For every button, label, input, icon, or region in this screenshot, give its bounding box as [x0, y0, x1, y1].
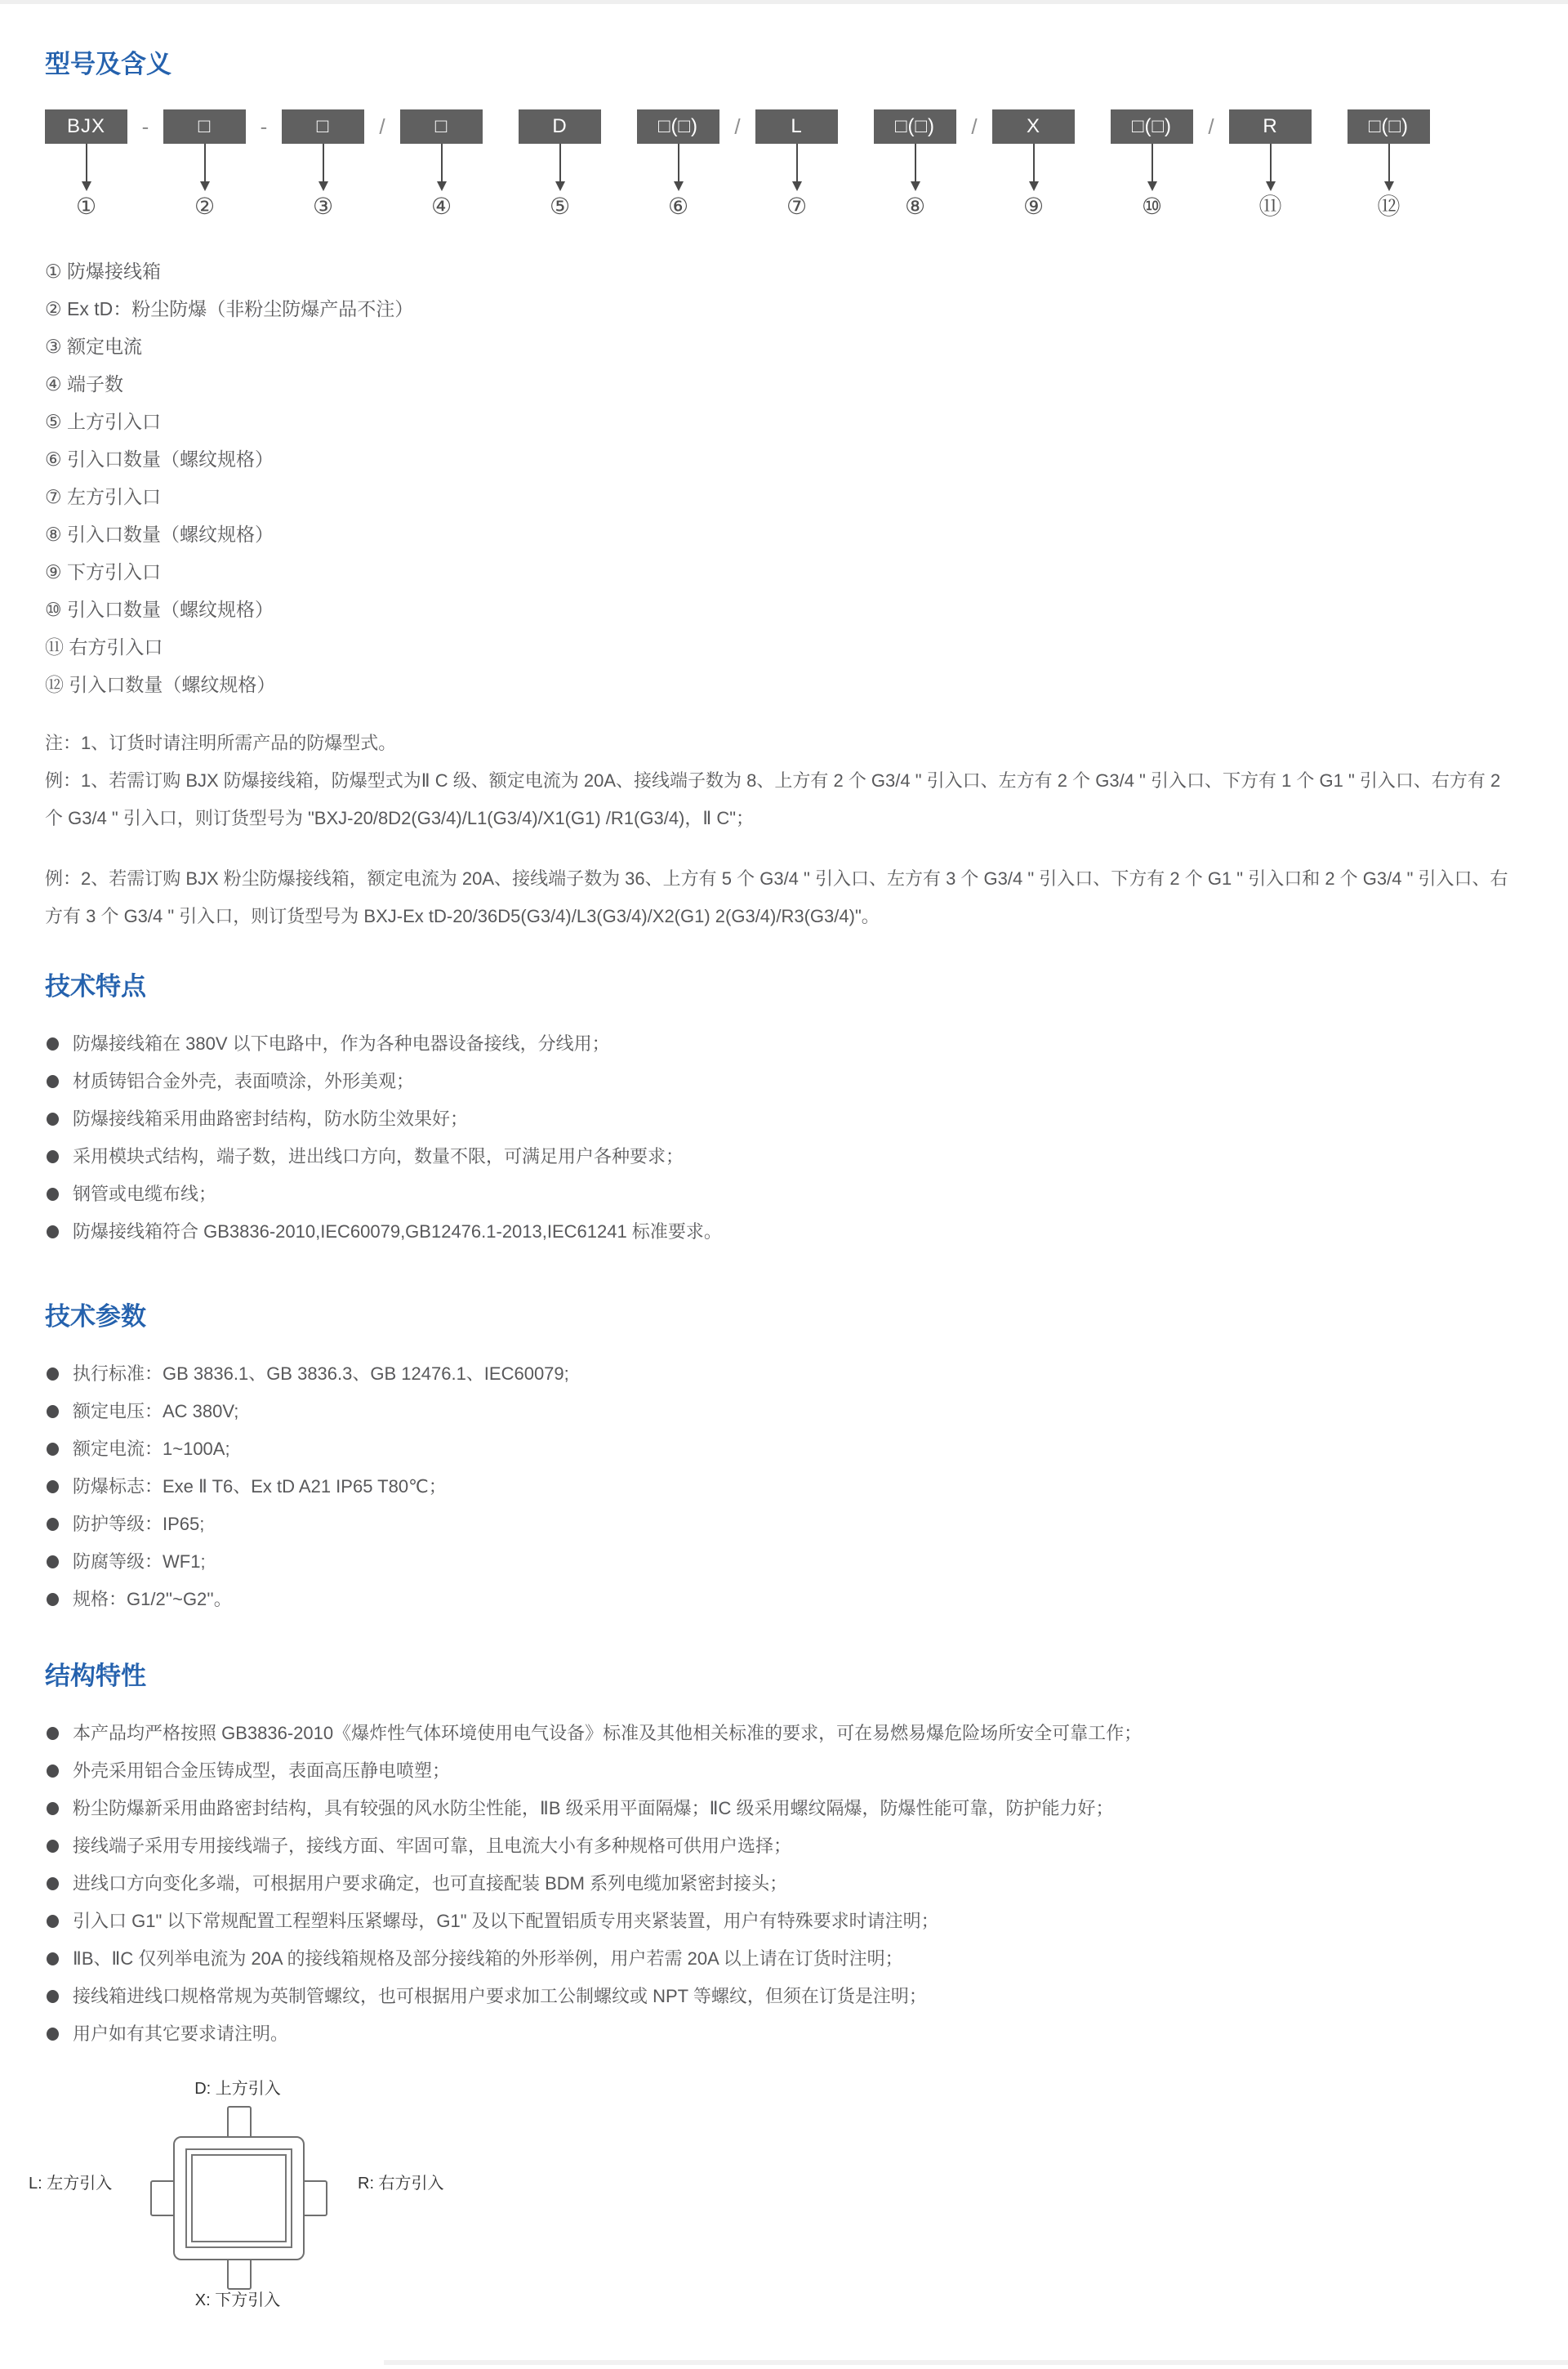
down-arrow-icon: [441, 144, 443, 181]
down-arrow-icon: [86, 144, 87, 181]
legend-item: ① 防爆接线箱: [45, 252, 1523, 290]
feature-item: 防爆接线箱在 380V 以下电路中，作为各种电器设备接线，分线用；: [45, 1025, 1523, 1063]
model-segment-1: BJX ①: [45, 109, 127, 218]
structure-item: 粉尘防爆新采用曲路密封结构，具有较强的风水防尘性能，ⅡB 级采用平面隔爆；ⅡC …: [45, 1790, 1523, 1827]
diagram-label-right-entry: R: 右方引入: [358, 2174, 444, 2193]
down-arrow-icon: [437, 181, 447, 191]
down-arrow-icon: [915, 144, 916, 181]
parameters-list: 执行标准：GB 3836.1、GB 3836.3、GB 12476.1、IEC6…: [45, 1355, 1523, 1618]
model-box-count: □(□): [637, 109, 719, 144]
section-title-features: 技术特点: [45, 971, 1523, 1002]
parameter-item: 额定电压：AC 380V;: [45, 1393, 1523, 1430]
down-arrow-icon: [1388, 144, 1390, 181]
circled-number: ⑪: [1258, 195, 1281, 218]
model-segment-2: □ ②: [163, 109, 246, 218]
model-box-blank: □: [400, 109, 483, 144]
model-separator: /: [956, 109, 992, 144]
entry-direction-diagram: D: 上方引入 L: 左方引入 R: 右方引入 X: 下方引入: [27, 2077, 550, 2327]
parameter-item: 防爆标志：Exe Ⅱ T6、Ex tD A21 IP65 T80℃；: [45, 1468, 1523, 1506]
down-arrow-icon: [1384, 181, 1394, 191]
section-title-model-meaning: 型号及含义: [45, 4, 1523, 80]
model-segment-4: □ ④: [400, 109, 483, 218]
down-arrow-icon: [911, 181, 920, 191]
model-separator: /: [1193, 109, 1229, 144]
parameter-item: 规格：G1/2''~G2''。: [45, 1581, 1523, 1618]
down-arrow-icon: [200, 181, 210, 191]
circled-number: ④: [431, 195, 452, 218]
down-arrow-icon: [1266, 181, 1276, 191]
legend-item: ⑫ 引入口数量（螺纹规格）: [45, 666, 1523, 703]
diagram-label-top-entry: D: 上方引入: [114, 2079, 361, 2099]
features-list: 防爆接线箱在 380V 以下电路中，作为各种电器设备接线，分线用； 材质铸铝合金…: [45, 1025, 1523, 1251]
down-arrow-icon: [678, 144, 679, 181]
legend-item: ⑦ 左方引入口: [45, 478, 1523, 515]
circled-number: ⑧: [905, 195, 925, 218]
model-separator: -: [127, 109, 163, 144]
down-arrow-icon: [555, 181, 565, 191]
legend-item: ⑤ 上方引入口: [45, 403, 1523, 440]
model-box-count: □(□): [1347, 109, 1430, 144]
model-separator: [1312, 109, 1347, 144]
parameter-item: 额定电流：1~100A;: [45, 1430, 1523, 1468]
model-box-blank: □: [282, 109, 364, 144]
model-segment-8: □(□) ⑧: [874, 109, 956, 218]
model-box-count: □(□): [1111, 109, 1193, 144]
down-arrow-icon: [796, 144, 798, 181]
down-arrow-icon: [82, 181, 91, 191]
structure-item: ⅡB、ⅡC 仅列举电流为 20A 的接线箱规格及部分接线箱的外形举例，用户若需 …: [45, 1940, 1523, 1978]
model-segment-10: □(□) ⑩: [1111, 109, 1193, 218]
model-box-d: D: [519, 109, 601, 144]
down-arrow-icon: [323, 144, 324, 181]
model-separator: [601, 109, 637, 144]
model-separator: /: [719, 109, 755, 144]
model-separator: /: [364, 109, 400, 144]
circled-number: ①: [76, 195, 96, 218]
junction-box-lid-inner: [191, 2154, 287, 2242]
structure-item: 外壳采用铝合金压铸成型，表面高压静电喷塑；: [45, 1752, 1523, 1790]
model-number-diagram: BJX ① - □ ② - □ ③ / □ ④: [45, 109, 1523, 218]
structure-item: 接线端子采用专用接线端子，接线方面、牢固可靠，且电流大小有多种规格可供用户选择；: [45, 1827, 1523, 1865]
diagram-label-left-entry: L: 左方引入: [29, 2174, 112, 2193]
down-arrow-icon: [1029, 181, 1039, 191]
model-box-r: R: [1229, 109, 1312, 144]
down-arrow-icon: [674, 181, 684, 191]
structure-item: 进线口方向变化多端，可根据用户要求确定，也可直接配装 BDM 系列电缆加紧密封接…: [45, 1865, 1523, 1903]
model-box-bjx: BJX: [45, 109, 127, 144]
down-arrow-icon: [1033, 144, 1035, 181]
section-title-structure: 结构特性: [45, 1661, 1523, 1692]
legend-item: ③ 额定电流: [45, 328, 1523, 365]
ordering-example-2: 例：2、若需订购 BJX 粉尘防爆接线箱，额定电流为 20A、接线端子数为 36…: [45, 860, 1523, 935]
legend-item: ② Ex tD：粉尘防爆（非粉尘防爆产品不注）: [45, 290, 1523, 328]
model-separator: -: [246, 109, 282, 144]
model-segment-9: X ⑨: [992, 109, 1075, 218]
down-arrow-icon: [1147, 181, 1157, 191]
model-segment-3: □ ③: [282, 109, 364, 218]
page-bottom-edge: [384, 2360, 1568, 2365]
parameter-item: 执行标准：GB 3836.1、GB 3836.3、GB 12476.1、IEC6…: [45, 1355, 1523, 1393]
parameter-item: 防腐等级：WF1;: [45, 1543, 1523, 1581]
structure-item: 本产品均严格按照 GB3836-2010《爆炸性气体环境使用电气设备》标准及其他…: [45, 1715, 1523, 1752]
junction-box-lid-outer: [185, 2148, 292, 2248]
model-box-count: □(□): [874, 109, 956, 144]
legend-item: ⑧ 引入口数量（螺纹规格）: [45, 515, 1523, 553]
circled-number: ⑥: [668, 195, 688, 218]
circled-number: ⑨: [1023, 195, 1044, 218]
circled-number: ⑫: [1377, 195, 1400, 218]
model-separator: [838, 109, 874, 144]
legend-item: ④ 端子数: [45, 365, 1523, 403]
feature-item: 钢管或电缆布线；: [45, 1176, 1523, 1213]
model-segment-5: D ⑤: [519, 109, 601, 218]
circled-number: ③: [313, 195, 333, 218]
page-content: 型号及含义 BJX ① - □ ② - □ ③ / □: [0, 4, 1568, 2327]
structure-item: 引入口 G1" 以下常规配置工程塑料压紧螺母，G1" 及以下配置铝质专用夹紧装置…: [45, 1903, 1523, 1940]
circled-number: ⑤: [550, 195, 570, 218]
feature-item: 防爆接线箱采用曲路密封结构，防水防尘效果好；: [45, 1100, 1523, 1138]
junction-box-body: [173, 2136, 305, 2260]
circled-number: ⑩: [1142, 195, 1162, 218]
down-arrow-icon: [204, 144, 206, 181]
down-arrow-icon: [318, 181, 328, 191]
model-segment-6: □(□) ⑥: [637, 109, 719, 218]
model-separator: [483, 109, 519, 144]
model-segment-12: □(□) ⑫: [1347, 109, 1430, 218]
feature-item: 采用模块式结构，端子数，进出线口方向，数量不限，可满足用户各种要求；: [45, 1138, 1523, 1176]
model-box-l: L: [755, 109, 838, 144]
legend-item: ⑥ 引入口数量（螺纹规格）: [45, 440, 1523, 478]
feature-item: 防爆接线箱符合 GB3836-2010,IEC60079,GB12476.1-2…: [45, 1213, 1523, 1251]
legend-item: ⑨ 下方引入口: [45, 553, 1523, 591]
parameter-item: 防护等级：IP65;: [45, 1506, 1523, 1543]
down-arrow-icon: [792, 181, 802, 191]
model-separator: [1075, 109, 1111, 144]
legend-item: ⑩ 引入口数量（螺纹规格）: [45, 591, 1523, 628]
structure-item: 用户如有其它要求请注明。: [45, 2015, 1523, 2053]
circled-number: ②: [194, 195, 215, 218]
down-arrow-icon: [1151, 144, 1153, 181]
structure-list: 本产品均严格按照 GB3836-2010《爆炸性气体环境使用电气设备》标准及其他…: [45, 1715, 1523, 2053]
model-segment-7: L ⑦: [755, 109, 838, 218]
legend-item: ⑪ 右方引入口: [45, 628, 1523, 666]
ordering-note: 注：1、订货时请注明所需产品的防爆型式。: [45, 725, 1523, 762]
model-segment-11: R ⑪: [1229, 109, 1312, 218]
section-title-parameters: 技术参数: [45, 1301, 1523, 1332]
spec-document-page: 型号及含义 BJX ① - □ ② - □ ③ / □: [0, 0, 1568, 2369]
structure-item: 接线箱进线口规格常规为英制管螺纹，也可根据用户要求加工公制螺纹或 NPT 等螺纹…: [45, 1978, 1523, 2015]
circled-number: ⑦: [786, 195, 807, 218]
model-box-blank: □: [163, 109, 246, 144]
down-arrow-icon: [1270, 144, 1272, 181]
down-arrow-icon: [559, 144, 561, 181]
diagram-label-bottom-entry: X: 下方引入: [114, 2291, 361, 2310]
feature-item: 材质铸铝合金外壳，表面喷涂，外形美观；: [45, 1063, 1523, 1100]
ordering-example-1: 例：1、若需订购 BJX 防爆接线箱，防爆型式为Ⅱ C 级、额定电流为 20A、…: [45, 762, 1523, 837]
model-box-x: X: [992, 109, 1075, 144]
model-legend-list: ① 防爆接线箱 ② Ex tD：粉尘防爆（非粉尘防爆产品不注） ③ 额定电流 ④…: [45, 252, 1523, 703]
